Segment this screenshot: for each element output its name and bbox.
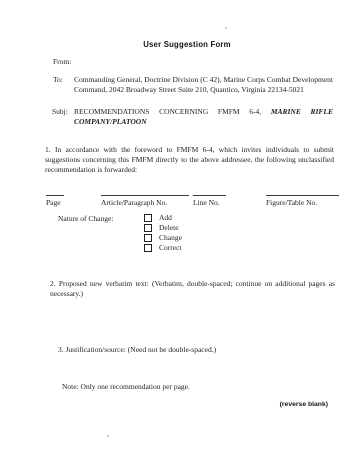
checkbox-row-delete: Delete [144, 223, 182, 233]
to-address: Commanding General, Doctrine Division (C… [74, 75, 333, 95]
scan-speck [107, 435, 109, 437]
paragraph-2: 2. Proposed new verbatim text: (Verbatim… [50, 279, 335, 299]
document-page: User Suggestion Form From: To: Commandin… [0, 0, 360, 467]
subject-label: Subj: [52, 107, 68, 117]
reverse-blank-note: (reverse blank) [280, 401, 328, 408]
correct-checkbox[interactable] [144, 244, 152, 252]
change-checkbox-label: Change [159, 233, 182, 243]
subject-text: RECOMMENDATIONS CONCERNING FMFM 6-4, MAR… [74, 107, 333, 127]
scan-speck [225, 27, 227, 29]
nature-of-change-options: Add Delete Change Correct [144, 213, 182, 253]
nature-of-change-label: Nature of Change: [58, 214, 113, 224]
checkbox-row-change: Change [144, 233, 182, 243]
paragraph-1: 1. In accordance with the foreword to FM… [45, 145, 334, 175]
change-checkbox[interactable] [144, 234, 152, 242]
form-title: User Suggestion Form [14, 40, 360, 49]
delete-checkbox-label: Delete [159, 223, 179, 233]
correct-checkbox-label: Correct [159, 243, 182, 253]
add-checkbox[interactable] [144, 214, 152, 222]
field-article-paragraph-no[interactable]: Article/Paragraph No. [101, 195, 189, 207]
field-page[interactable]: Page [46, 195, 64, 207]
field-line-no[interactable]: Line No. [193, 195, 226, 207]
delete-checkbox[interactable] [144, 224, 152, 232]
add-checkbox-label: Add [159, 213, 172, 223]
note-text: Note: Only one recommendation per page. [62, 382, 342, 392]
field-figure-table-no[interactable]: Figure/Table No. [266, 195, 339, 207]
paragraph-3: 3. Justification/source: (Need not be do… [58, 345, 338, 355]
to-label: To: [53, 75, 63, 85]
checkbox-row-correct: Correct [144, 243, 182, 253]
checkbox-row-add: Add [144, 213, 182, 223]
subject-main: RECOMMENDATIONS CONCERNING FMFM 6-4, [74, 107, 261, 116]
from-label: From: [53, 57, 71, 67]
